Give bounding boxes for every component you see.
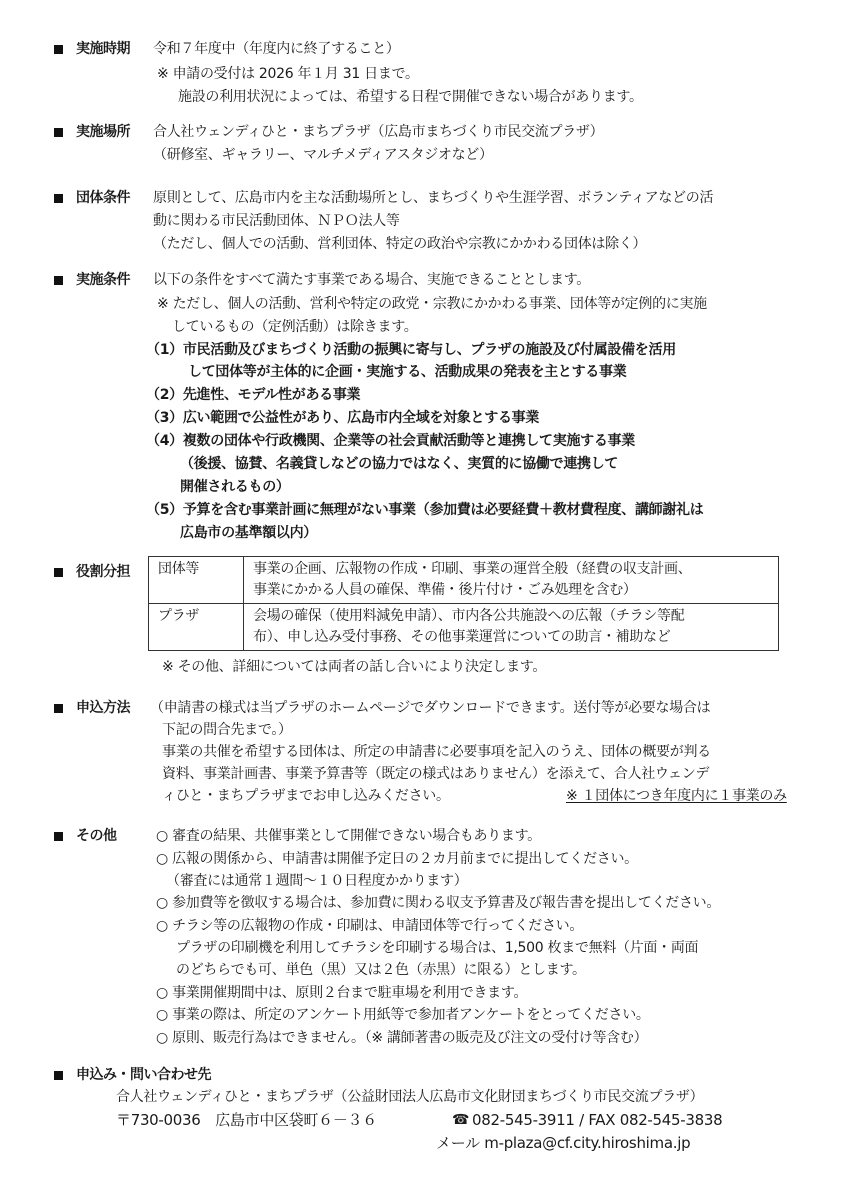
other-item: のどちらでも可、単色（黒）又は２色（赤黒）に限る）とします。 [176,960,586,980]
other-item: プラザの印刷機を利用してチラシを印刷する場合は、1,500 枚まで無料（片面・両… [176,938,698,958]
section-bullet-icon [54,704,63,713]
period-value: 令和７年度中（年度内に終了すること） [153,39,400,59]
place-value: 合人社ウェンディひと・まちプラザ（広島市まちづくり市民交流プラザ） [153,122,603,142]
contact-org: 合人社ウェンディひと・まちプラザ（公益財団法人広島市文化財団まちづくり市民交流プ… [116,1087,703,1107]
group-value: 動に関わる市民活動団体、ＮＰＯ法人等 [153,211,400,231]
phone-icon: ☎ [452,1110,469,1130]
roles-table: 団体等 事業の企画、広報物の作成・印刷、事業の運営全般（経費の収支計画、 事業に… [148,556,779,651]
period-label: 実施時期 [76,39,130,59]
section-bullet-icon [54,276,63,285]
table-row: プラザ 会場の確保（使用料減免申請）、市内各公共施設への広報（チラシ等配 布）、… [149,604,779,651]
role-description-line: 会場の確保（使用料減免申請）、市内各公共施設への広報（チラシ等配 [253,606,769,627]
contact-address: 〒730-0036 広島市中区袋町６－３６ [116,1110,377,1130]
condition-item-2: （2）先進性、モデル性がある事業 [146,385,360,405]
place-label: 実施場所 [76,122,130,142]
apply-text: 事業の共催を希望する団体は、所定の申請書に必要事項を記入のうえ、団体の概要が判る [162,742,711,762]
section-bullet-icon [54,128,63,137]
role-party: プラザ [149,604,244,651]
contact-phone: 082-545-3911 / FAX 082-545-3838 [472,1110,722,1130]
other-item: ○ 事業の際は、所定のアンケート用紙等で参加者アンケートをとってください。 [156,1005,650,1025]
role-description: 事業の企画、広報物の作成・印刷、事業の運営全般（経費の収支計画、 事業にかかる人… [244,557,779,604]
condition-item-4: 開催されるもの） [180,477,290,497]
apply-text: 資料、事業計画書、事業予算書等（既定の様式はありません）を添えて、合人社ウェンデ [162,764,709,784]
roles-note: ※ その他、詳細については両者の話し合いにより決定します。 [162,657,546,677]
apply-label: 申込方法 [76,698,130,718]
section-bullet-icon [54,1071,63,1080]
other-item: ○ チラシ等の広報物の作成・印刷は、申請団体等で行ってください。 [156,916,583,936]
section-bullet-icon [54,45,63,54]
condition-item-4: （後援、協賛、名義貸しなどの協力ではなく、実質的に協働で連携して [180,454,618,474]
period-note: ※ 申請の受付は 2026 年１月 31 日まで。 [157,64,419,84]
period-note: 施設の利用状況によっては、希望する日程で開催できない場合があります。 [178,87,643,107]
condition-item-3: （3）広い範囲で公益性があり、広島市内全域を対象とする事業 [146,408,539,428]
role-description-line: 事業の企画、広報物の作成・印刷、事業の運営全般（経費の収支計画、 [253,559,769,580]
contact-email[interactable]: メール m-plaza@cf.city.hiroshima.jp [436,1133,690,1153]
section-bullet-icon [54,194,63,203]
other-item: （審査には通常１週間～１０日程度かかります） [166,871,467,891]
apply-text: ィひと・まちプラザまでお申し込みください。 [162,786,450,806]
condition-item-1: （1）市民活動及びまちづくり活動の振興に寄与し、プラザの施設及び付属設備を活用 [146,340,676,360]
role-description-line: 布）、申し込み受付事務、その他事業運営についての助言・補助など [253,627,769,648]
conditions-label: 実施条件 [76,270,130,290]
role-party: 団体等 [149,557,244,604]
other-item: ○ 参加費等を徴収する場合は、参加費に関わる収支予算書及び報告書を提出してくださ… [156,893,720,913]
role-description: 会場の確保（使用料減免申請）、市内各公共施設への広報（チラシ等配 布）、申し込み… [244,604,779,651]
other-item: ○ 原則、販売行為はできません。（※ 講師著書の販売及び注文の受付け等含む） [156,1028,647,1048]
other-item: ○ 広報の関係から、申請書は開催予定日の２カ月前までに提出してください。 [156,849,638,869]
place-value: （研修室、ギャラリー、マルチメディアスタジオなど） [153,145,493,165]
condition-item-1: して団体等が主体的に企画・実施する、活動成果の発表を主とする事業 [188,362,626,382]
section-bullet-icon [54,832,63,841]
condition-item-4: （4）複数の団体や行政機関、企業等の社会貢献活動等と連携して実施する事業 [146,431,635,451]
conditions-note: しているもの（定例活動）は除きます。 [172,317,417,337]
apply-text: （申請書の様式は当プラザのホームページでダウンロードできます。送付等が必要な場合… [150,698,710,718]
other-item: ○ 審査の結果、共催事業として開催できない場合もあります。 [156,826,541,846]
section-bullet-icon [54,568,63,577]
group-value: 原則として、広島市内を主な活動場所とし、まちづくりや生涯学習、ボランティアなどの… [153,188,713,208]
apply-text: 下記の問合先まで。） [162,720,292,740]
table-row: 団体等 事業の企画、広報物の作成・印刷、事業の運営全般（経費の収支計画、 事業に… [149,557,779,604]
contact-label: 申込み・問い合わせ先 [76,1065,211,1085]
apply-limit-note: ※ １団体につき年度内に１事業のみ [566,786,787,806]
conditions-note: ※ ただし、個人の活動、営利や特定の政党・宗教にかかわる事業、団体等が定例的に実… [157,294,707,314]
roles-label: 役割分担 [76,562,130,582]
group-value: （ただし、個人での活動、営利団体、特定の政治や宗教にかかわる団体は除く） [153,234,646,254]
group-label: 団体条件 [76,188,130,208]
other-item: ○ 事業開催期間中は、原則２台まで駐車場を利用できます。 [156,983,527,1003]
condition-item-5: （5）予算を含む事業計画に無理がない事業（参加費は必要経費＋教材費程度、講師謝礼… [146,500,703,520]
role-description-line: 事業にかかる人員の確保、準備・後片付け・ごみ処理を含む） [253,580,769,601]
condition-item-5: 広島市の基準額以内） [180,523,317,543]
conditions-intro: 以下の条件をすべて満たす事業である場合、実施できることとします。 [153,270,590,290]
other-label: その他 [76,826,117,846]
